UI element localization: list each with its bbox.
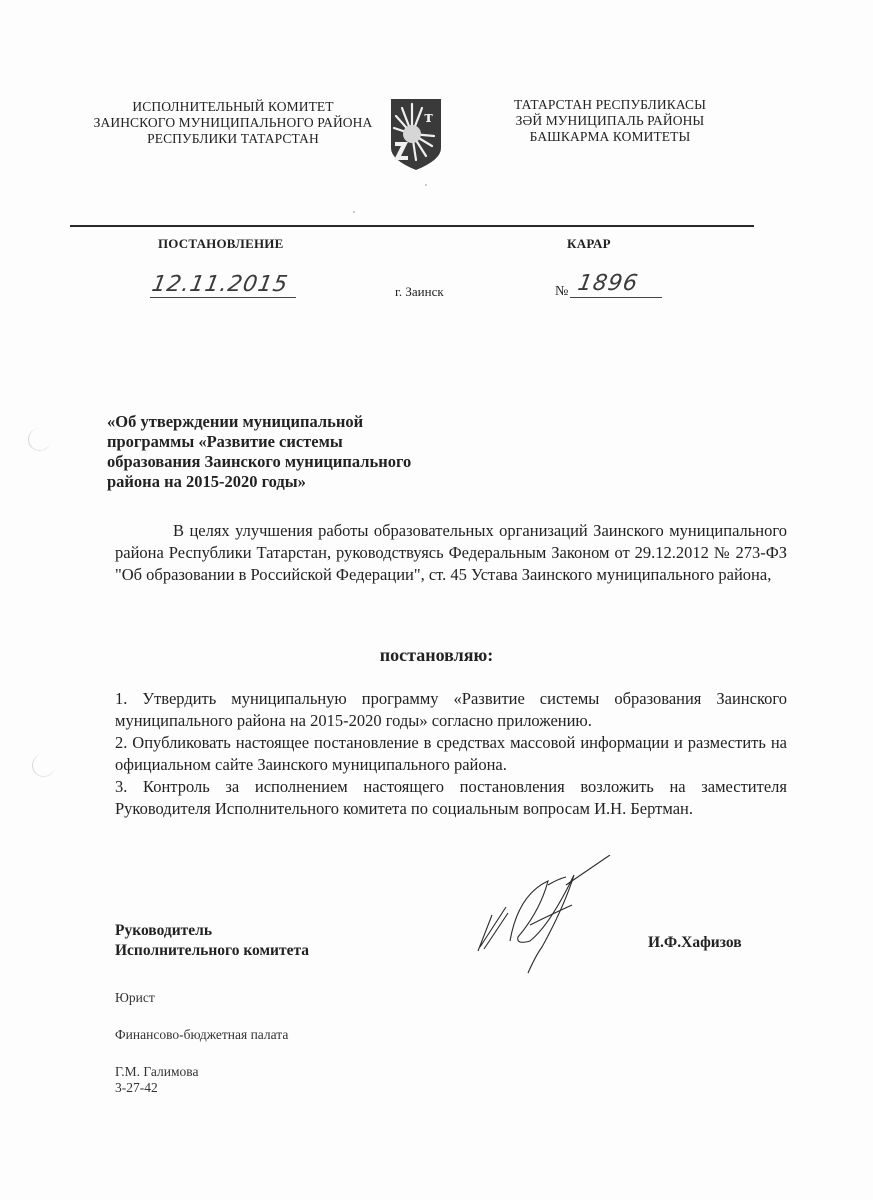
document-city: г. Заинск — [395, 284, 444, 300]
approval-lawyer: Юрист — [115, 990, 155, 1006]
number-sign: № — [555, 284, 568, 300]
executor-phone: 3-27-42 — [115, 1080, 158, 1096]
signatory-name: И.Ф.Хафизов — [648, 934, 742, 952]
decree-item-2: 2. Опубликовать настоящее постановление … — [115, 732, 787, 776]
issuer-name-tatar: ТАТАРСТАН РЕСПУБЛИКАСЫ ЗӘЙ МУНИЦИПАЛЬ РА… — [480, 97, 740, 145]
decree-items: 1. Утвердить муниципальную программу «Ра… — [115, 688, 787, 820]
decree-heading: постановляю: — [0, 645, 873, 666]
signatory-title: Руководитель Исполнительного комитета — [115, 921, 309, 961]
doc-type-tatar: КАРАР — [567, 236, 611, 252]
decree-item-3: 3. Контроль за исполнением настоящего по… — [115, 776, 787, 820]
title-line: программы «Развитие системы — [107, 432, 527, 452]
title-line: «Об утверждении муниципальной — [107, 412, 527, 432]
preamble-text: В целях улучшения работы образовательных… — [115, 521, 787, 584]
title-line: образования Заинского муниципального — [107, 452, 527, 472]
number-underline — [570, 297, 662, 298]
coat-of-arms-sun-icon: т — [388, 96, 444, 172]
preamble-paragraph: В целях улучшения работы образовательных… — [115, 520, 787, 586]
issuer-name-russian: ИСПОЛНИТЕЛЬНЫЙ КОМИТЕТ ЗАИНСКОГО МУНИЦИП… — [78, 99, 388, 147]
issuer-line: ТАТАРСТАН РЕСПУБЛИКАСЫ — [480, 97, 740, 113]
executor-name: Г.М. Галимова — [115, 1064, 198, 1080]
svg-text:т: т — [424, 108, 433, 126]
signatory-title-line: Исполнительного комитета — [115, 941, 309, 961]
issuer-line: ИСПОЛНИТЕЛЬНЫЙ КОМИТЕТ — [78, 99, 388, 115]
title-line: района на 2015-2020 годы» — [107, 472, 527, 492]
issuer-line: ЗӘЙ МУНИЦИПАЛЬ РАЙОНЫ — [480, 113, 740, 129]
date-underline — [150, 297, 296, 298]
punch-hole-mark — [28, 428, 51, 451]
decree-item-1: 1. Утвердить муниципальную программу «Ра… — [115, 688, 787, 732]
document-number: 1896 — [576, 271, 640, 296]
document-title: «Об утверждении муниципальной программы … — [107, 412, 527, 492]
scan-speck — [353, 211, 355, 213]
handwritten-signature-icon — [470, 855, 630, 975]
approval-finance: Финансово-бюджетная палата — [115, 1027, 288, 1043]
header-divider — [70, 225, 754, 227]
punch-hole-mark — [32, 754, 55, 777]
signatory-title-line: Руководитель — [115, 921, 309, 941]
issuer-line: ЗАИНСКОГО МУНИЦИПАЛЬНОГО РАЙОНА — [78, 115, 388, 131]
doc-type-russian: ПОСТАНОВЛЕНИЕ — [158, 236, 283, 252]
scan-speck — [425, 184, 427, 186]
issuer-line: РЕСПУБЛИКИ ТАТАРСТАН — [78, 131, 388, 147]
document-date: 12.11.2015 — [150, 272, 290, 297]
issuer-line: БАШКАРМА КОМИТЕТЫ — [480, 129, 740, 145]
